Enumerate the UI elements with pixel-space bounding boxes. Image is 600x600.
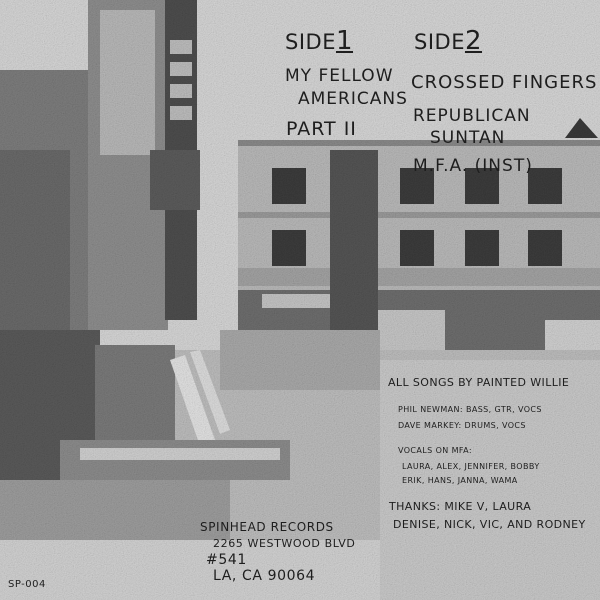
thanks-line-1: Thanks: Mike V, Laura bbox=[389, 500, 531, 513]
side-1-heading: Side1 bbox=[285, 26, 353, 56]
label-name: Spinhead Records bbox=[200, 520, 334, 534]
side-1-number: 1 bbox=[336, 26, 353, 56]
side-2-label: Side bbox=[414, 30, 465, 54]
side-2-number: 2 bbox=[465, 26, 482, 56]
label-city: LA, CA 90064 bbox=[213, 568, 315, 584]
side-2-heading: Side2 bbox=[414, 26, 482, 56]
side-2-track-2-line-2: Suntan bbox=[430, 128, 505, 148]
thanks-line-2: Denise, Nick, Vic, and Rodney bbox=[393, 518, 586, 531]
side-1-track-2: Part II bbox=[286, 118, 357, 140]
all-songs-credit: All songs by Painted Willie bbox=[388, 376, 569, 389]
side-1-track-1-line-1: My Fellow bbox=[285, 66, 394, 86]
side-2-track-1: Crossed Fingers bbox=[411, 72, 597, 93]
catalog-number: SP-004 bbox=[8, 579, 46, 590]
member-credit-2: Dave Markey: Drums, Vocs bbox=[398, 421, 526, 430]
label-suite: #541 bbox=[206, 552, 247, 568]
vocals-line-1: Laura, Alex, Jennifer, Bobby bbox=[402, 462, 540, 471]
album-back-cover: Side1 Side2 My Fellow Americans Part II … bbox=[0, 0, 600, 600]
side-1-track-1-line-2: Americans bbox=[298, 89, 408, 109]
member-credit-1: Phil Newman: Bass, Gtr, Vocs bbox=[398, 405, 542, 414]
side-2-track-2-line-1: Republican bbox=[413, 106, 531, 126]
label-street: 2265 Westwood Blvd bbox=[213, 537, 355, 550]
vocals-line-2: Erik, Hans, Janna, Wama bbox=[402, 476, 518, 485]
side-2-track-3: M.F.A. (inst) bbox=[413, 156, 533, 176]
side-1-label: Side bbox=[285, 30, 336, 54]
vocals-heading: Vocals on MFA: bbox=[398, 446, 472, 455]
